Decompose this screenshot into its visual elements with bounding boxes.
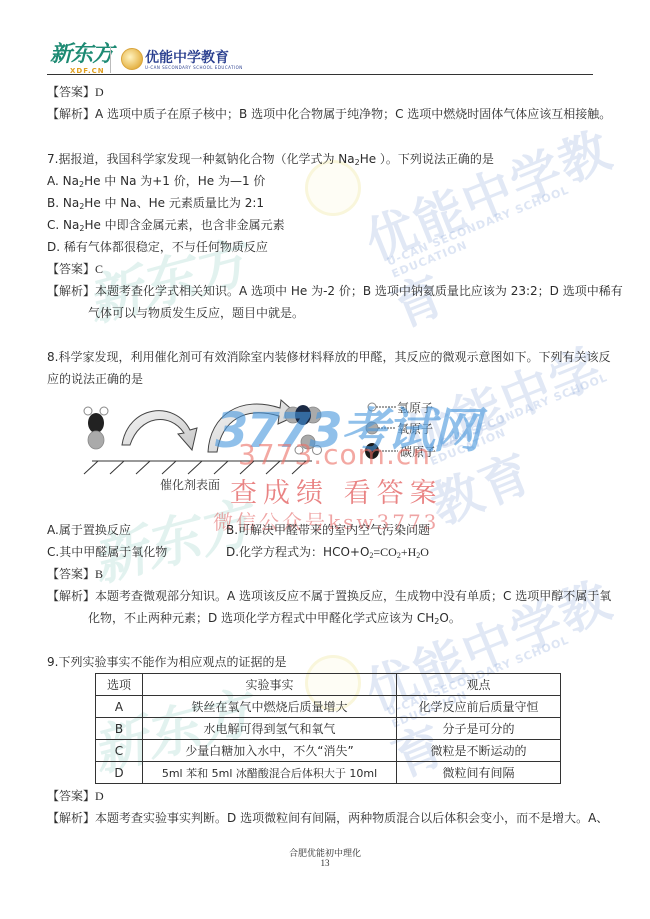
water-molecule-icon — [295, 435, 322, 455]
header-rule — [47, 74, 593, 75]
q8-analysis-line1: 【解析】本题考查微观部分知识。A 选项该反应不属于置换反应，生成物中没有单质；C… — [47, 588, 611, 604]
co2-molecule-icon — [285, 405, 321, 425]
table-header-row: 选项 实验事实 观点 — [96, 674, 561, 696]
table-row: A 铁丝在氧气中燃烧后质量增大 化学反应前后质量守恒 — [96, 696, 561, 718]
xdf-logo: 新东方 — [50, 44, 113, 66]
table-cell: B — [96, 718, 143, 740]
page-number: 13 — [0, 858, 650, 868]
q7-stem: 7.据报道，我国科学家发现一种氦钠化合物（化学式为 Na2He ）。下列说法正确… — [47, 151, 494, 167]
q7-analysis-line2: 气体可以与物质发生反应，题目中就是。 — [88, 305, 304, 321]
table-cell: C — [96, 740, 143, 762]
q8-option-d: D.化学方程式为：HCO+O2=CO2+H2O — [226, 544, 429, 560]
curved-arrow-1-icon — [122, 411, 197, 450]
q8-answer: 【答案】B — [47, 566, 103, 582]
q9-stem: 9.下列实验事实不能作为相应观点的证据的是 — [47, 654, 286, 670]
table-cell: 水电解可得到氢气和氧气 — [143, 718, 397, 740]
table-cell: 微粒是不断运动的 — [397, 740, 561, 762]
table-cell: 化学反应前后质量守恒 — [397, 696, 561, 718]
header-cell-fact: 实验事实 — [143, 674, 397, 696]
table-row: C 少量白糖加入水中，不久“消失” 微粒是不断运动的 — [96, 740, 561, 762]
curved-arrow-2-icon — [208, 400, 298, 452]
ucan-logo-sub: U-CAN SECONDARY SCHOOL EDUCATION — [145, 65, 243, 70]
legend-oxygen-label: 氧原子 — [397, 420, 433, 437]
q8-option-b: B.可解决甲醛带来的室内空气污染问题 — [226, 522, 430, 538]
legend-hydrogen-icon — [368, 403, 396, 411]
table-cell: 铁丝在氧气中燃烧后质量增大 — [143, 696, 397, 718]
q7-option-a: A. Na2He 中 Na 为+1 价，He 为—1 价 — [47, 173, 265, 189]
legend-carbon-label: 碳原子 — [400, 443, 436, 460]
ucan-emblem-icon — [121, 48, 143, 70]
q7-option-d: D. 稀有气体都很稳定，不与任何物质反应 — [47, 239, 268, 255]
watermark-ucan: 优能中学教育 — [353, 103, 650, 341]
legend-hydrogen-label: 氢原子 — [397, 399, 433, 416]
ucan-logo: 优能中学教育 — [145, 47, 229, 67]
q9-table: 选项 实验事实 观点 A 铁丝在氧气中燃烧后质量增大 化学反应前后质量守恒 B … — [95, 673, 561, 784]
table-cell: 5ml 苯和 5ml 冰醋酸混合后体积大于 10ml — [143, 762, 397, 784]
q7-option-c: C. Na2He 中即含金属元素，也含非金属元素 — [47, 217, 285, 233]
q8-stem-line1: 8.科学家发现，利用催化剂可有效消除室内装修材料释放的甲醛，其反应的微观示意图如… — [47, 349, 610, 365]
legend-carbon-icon — [365, 443, 398, 459]
header-cell-viewpoint: 观点 — [397, 674, 561, 696]
table-cell: 微粒间有间隔 — [397, 762, 561, 784]
q8-option-a: A.属于置换反应 — [47, 522, 131, 538]
q8-analysis-line2: 化物，不止两种元素；D 选项化学方程式中甲醛化学式应该为 CH2O。 — [88, 610, 461, 626]
watermark-ucan-sub: U-CAN SECONDARY SCHOOL EDUCATION — [385, 155, 645, 280]
table-row: B 水电解可得到氢气和氧气 分子是可分的 — [96, 718, 561, 740]
q9-answer: 【答案】D — [47, 788, 104, 804]
table-row: D 5ml 苯和 5ml 冰醋酸混合后体积大于 10ml 微粒间有间隔 — [96, 762, 561, 784]
q9-analysis: 【解析】本题考查实验事实判断。D 选项微粒间有间隔，两种物质混合以后体积会变小，… — [47, 810, 608, 826]
formaldehyde-molecule-icon — [84, 407, 108, 449]
table-cell: A — [96, 696, 143, 718]
q8-option-c: C.其中甲醛属于氧化物 — [47, 544, 167, 560]
watermark-ucan-emblem — [305, 160, 361, 216]
legend-oxygen-icon — [366, 422, 396, 434]
header-cell-option: 选项 — [96, 674, 143, 696]
q7-option-b: B. Na2He 中 Na、He 元素质量比为 2:1 — [47, 195, 264, 211]
q6-analysis: 【解析】A 选项中质子在原子核中；B 选项中化合物属于纯净物；C 选项中燃烧时固… — [47, 106, 611, 122]
q6-answer: 【答案】D — [47, 84, 104, 100]
catalyst-surface-label: 催化剂表面 — [160, 476, 220, 493]
table-cell: D — [96, 762, 143, 784]
table-cell: 分子是可分的 — [397, 718, 561, 740]
logo-divider — [110, 47, 111, 73]
q7-answer: 【答案】C — [47, 261, 103, 277]
catalyst-surface — [84, 461, 312, 474]
q7-analysis-line1: 【解析】本题考查化学式相关知识。A 选项中 He 为-2 价；B 选项中钠氦质量… — [47, 283, 623, 299]
q8-stem-line2: 应的说法正确的是 — [47, 371, 143, 387]
table-cell: 少量白糖加入水中，不久“消失” — [143, 740, 397, 762]
reaction-diagram: 氢原子 氧原子 碳原子 催化剂表面 — [50, 390, 490, 500]
